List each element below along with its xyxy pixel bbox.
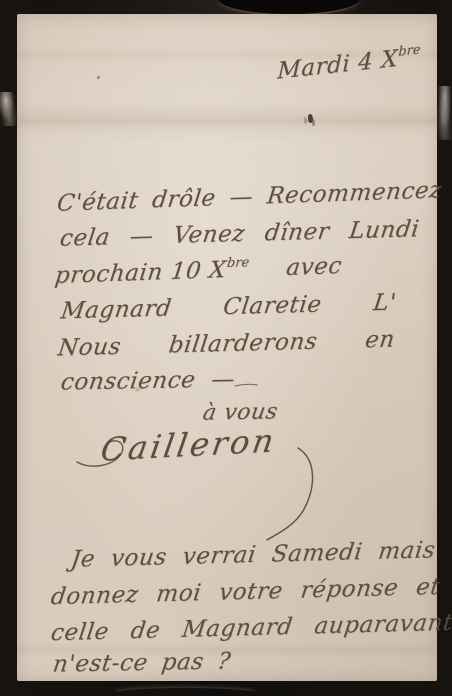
mount-scuff-right <box>436 86 452 140</box>
spacing-gap <box>247 275 285 276</box>
letter-page: Mardi 4 Xbre C'était drôle — Recommencez… <box>17 14 437 681</box>
body-line-3-tail: avec <box>285 253 344 281</box>
postscript-line-3: celle de Magnard auparavant <box>49 610 452 647</box>
ink-speck <box>97 76 100 79</box>
postscript-line-4: n'est-ce pas ? <box>51 648 232 677</box>
body-line-4: Magnard Claretie L' <box>59 290 398 325</box>
body-line-3: prochain 10 Xbreavec <box>53 252 343 289</box>
date-superscript: bre <box>398 42 421 59</box>
mount-bottom-glint <box>115 688 255 696</box>
postscript-line-2: donnez moi votre réponse et <box>49 574 442 610</box>
body-line-6: conscience — <box>59 366 237 395</box>
photo-mount: Mardi 4 Xbre C'était drôle — Recommencez… <box>0 0 452 696</box>
body-line-5: Nous billarderons en <box>56 327 396 362</box>
body-line-2: cela — Venez dîner Lundi <box>58 216 421 252</box>
ink-speck <box>308 114 313 123</box>
mount-scuff-left <box>0 92 17 126</box>
signature: Cailleron <box>98 421 279 469</box>
fold-crease <box>17 100 437 142</box>
body-line-3-superscript: bre <box>226 255 250 271</box>
body-line-1: C'était drôle — Recommencez <box>56 177 444 217</box>
postscript-line-1: Je vous verrai Samedi mais <box>69 537 437 573</box>
body-line-3-text: prochain 10 X <box>53 257 227 289</box>
